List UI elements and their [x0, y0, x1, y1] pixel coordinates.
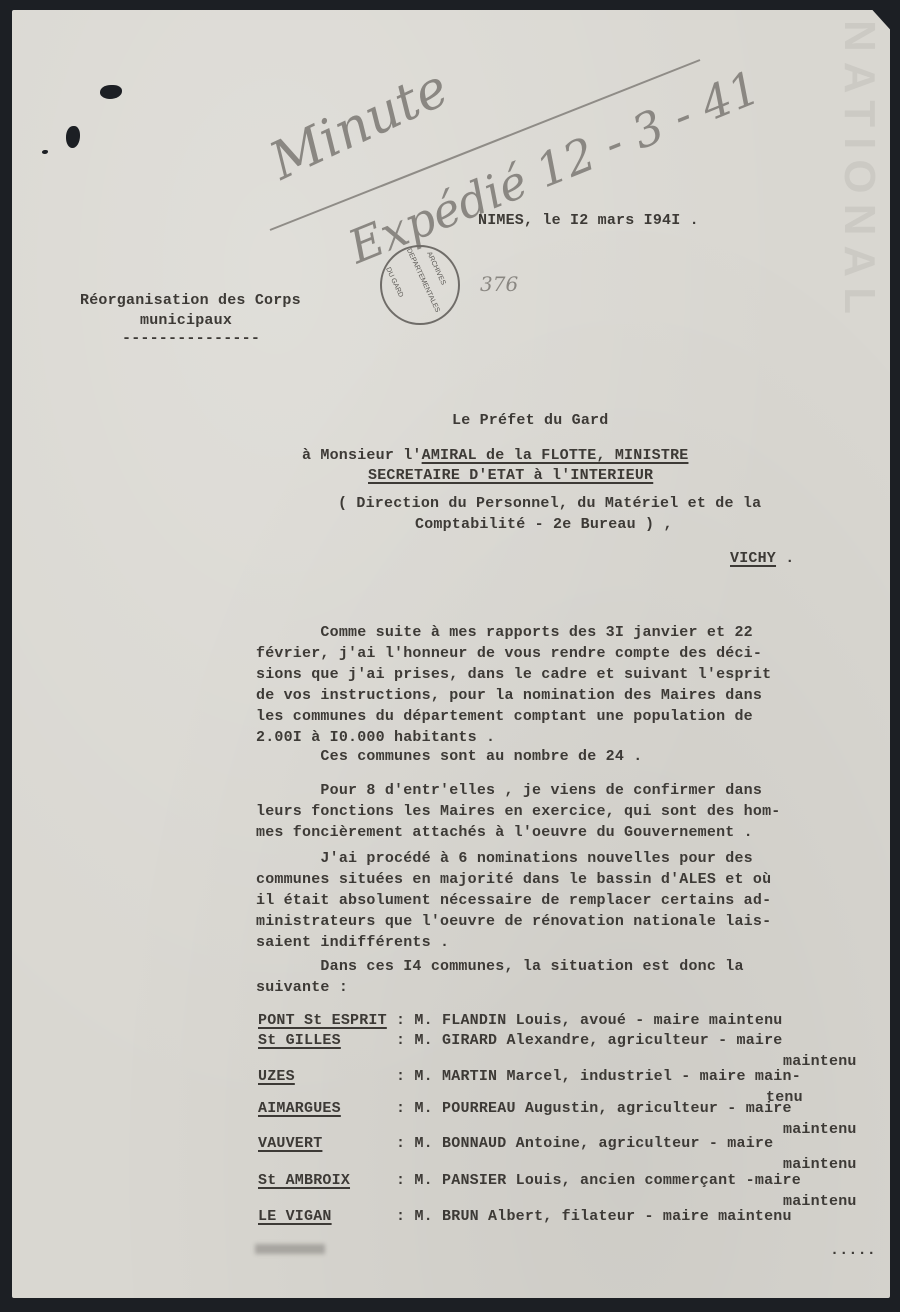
- subject-line-1: Réorganisation des Corps: [80, 290, 301, 311]
- destination-city: VICHY .: [730, 548, 794, 569]
- mayor-entry-pont-st-esprit: PONT St ESPRIT : M. FLANDIN Louis, avoué…: [258, 1010, 783, 1031]
- punch-hole: [100, 85, 122, 99]
- paragraph-1: Comme suite à mes rapports des 3I janvie…: [256, 622, 771, 748]
- sender: Le Préfet du Gard: [452, 410, 608, 431]
- smudged-text: [255, 1244, 325, 1254]
- direction-line-2: Comptabilité - 2e Bureau ) ,: [415, 514, 673, 535]
- paragraph-2: Ces communes sont au nombre de 24 .: [256, 746, 642, 767]
- folio-number: 376: [480, 272, 518, 296]
- paragraph-4: J'ai procédé à 6 nominations nouvelles p…: [256, 848, 771, 953]
- punch-hole: [42, 150, 48, 154]
- continuation-dots: .....: [830, 1240, 876, 1261]
- recipient-line-2: SECRETAIRE D'ETAT à l'INTERIEUR: [368, 465, 653, 486]
- bleed-through-text: NATIONAL: [834, 20, 884, 324]
- subject-rule: ---------------: [122, 328, 260, 349]
- mayor-entry-le-vigan: LE VIGAN : M. BRUN Albert, filateur - ma…: [258, 1206, 792, 1227]
- paragraph-5: Dans ces I4 communes, la situation est d…: [256, 956, 744, 998]
- mayor-entry-vauvert: VAUVERT : M. BONNAUD Antoine, agriculteu…: [258, 1133, 857, 1175]
- direction-line-1: ( Direction du Personnel, du Matériel et…: [338, 493, 761, 514]
- paragraph-3: Pour 8 d'entr'elles , je viens de confir…: [256, 780, 780, 843]
- recipient-line-1: à Monsieur l'AMIRAL de la FLOTTE, MINIST…: [302, 445, 688, 466]
- archive-stamp: ARCHIVES DEPARTEMENTALES DU GARD: [380, 245, 460, 325]
- punch-hole: [66, 126, 80, 148]
- place-date: NIMES, le I2 mars I94I .: [478, 210, 699, 231]
